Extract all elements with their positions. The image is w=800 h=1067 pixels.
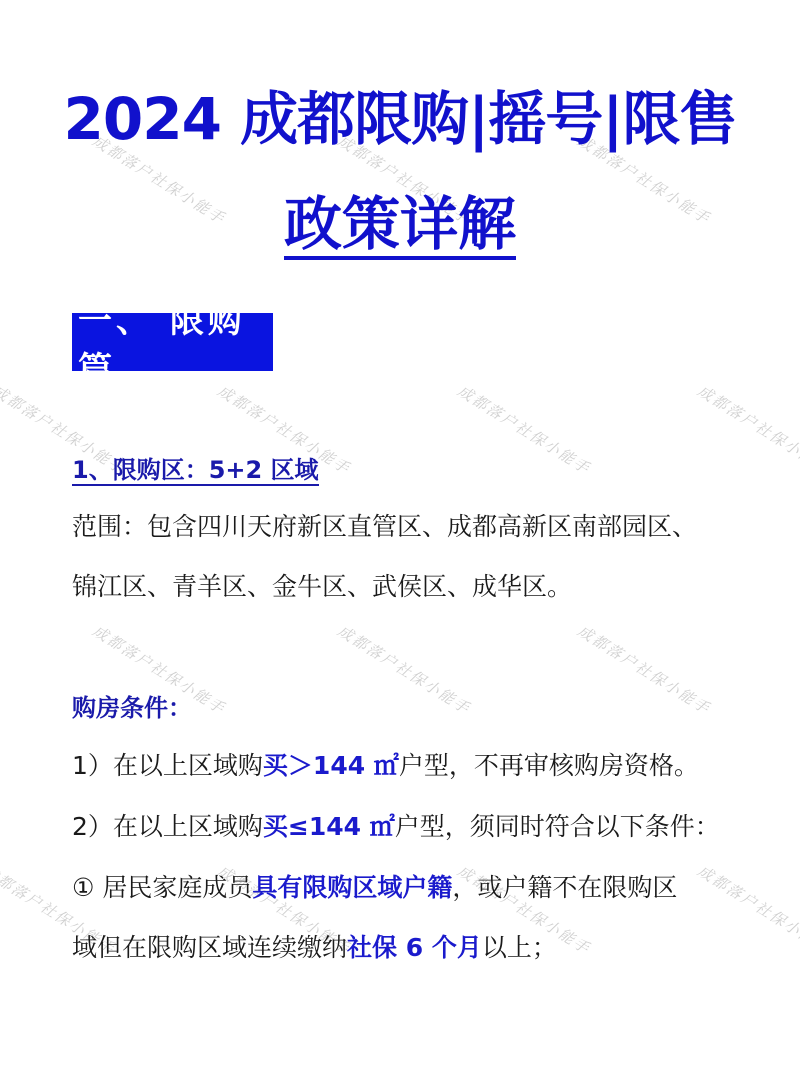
zone-scope-line1: 范围：包含四川天府新区直管区、成都高新区南部园区、 [72,507,697,543]
section-tag: 一、 限购篇 [72,313,273,371]
page-title: 2024 成都限购|摇号|限售 [0,72,800,156]
highlight: 买≤144 ㎡ [263,812,395,841]
text: 户型，不再审核购房资格。 [399,751,699,780]
zone-heading-text: 1、限购区：5+2 区域 [72,456,319,486]
zone-scope-line2: 锦江区、青羊区、金牛区、武侯区、成华区。 [72,567,572,603]
text: 户型，须同时符合以下条件： [395,812,720,841]
text: ① 居民家庭成员 [72,873,252,902]
condition-item-2: 2）在以上区域购买≤144 ㎡户型，须同时符合以下条件： [72,807,720,843]
text: 域但在限购区域连续缴纳 [72,933,347,962]
watermark: 成都落户社保小能手 [694,860,800,959]
watermark: 成都落户社保小能手 [574,620,715,719]
text: 2）在以上区域购 [72,812,263,841]
highlight: 社保 6 个月 [347,933,482,962]
page-subtitle-text: 政策详解 [284,192,516,260]
highlight: 买＞144 ㎡ [263,751,399,780]
conditions-heading: 购房条件： [72,688,192,723]
highlight: 具有限购区域户籍 [252,873,452,902]
text: 1）在以上区域购 [72,751,263,780]
page-subtitle: 政策详解 [0,192,800,260]
text: ，或户籍不在限购区 [452,873,677,902]
watermark: 成都落户社保小能手 [694,380,800,479]
watermark: 成都落户社保小能手 [334,620,475,719]
condition-item-1: 1）在以上区域购买＞144 ㎡户型，不再审核购房资格。 [72,746,699,782]
watermark: 成都落户社保小能手 [454,380,595,479]
condition-item-3-line1: ① 居民家庭成员具有限购区域户籍，或户籍不在限购区 [72,868,677,904]
text: 以上； [482,933,557,962]
condition-item-3-line2: 域但在限购区域连续缴纳社保 6 个月以上； [72,928,557,964]
zone-heading: 1、限购区：5+2 区域 [72,450,319,485]
